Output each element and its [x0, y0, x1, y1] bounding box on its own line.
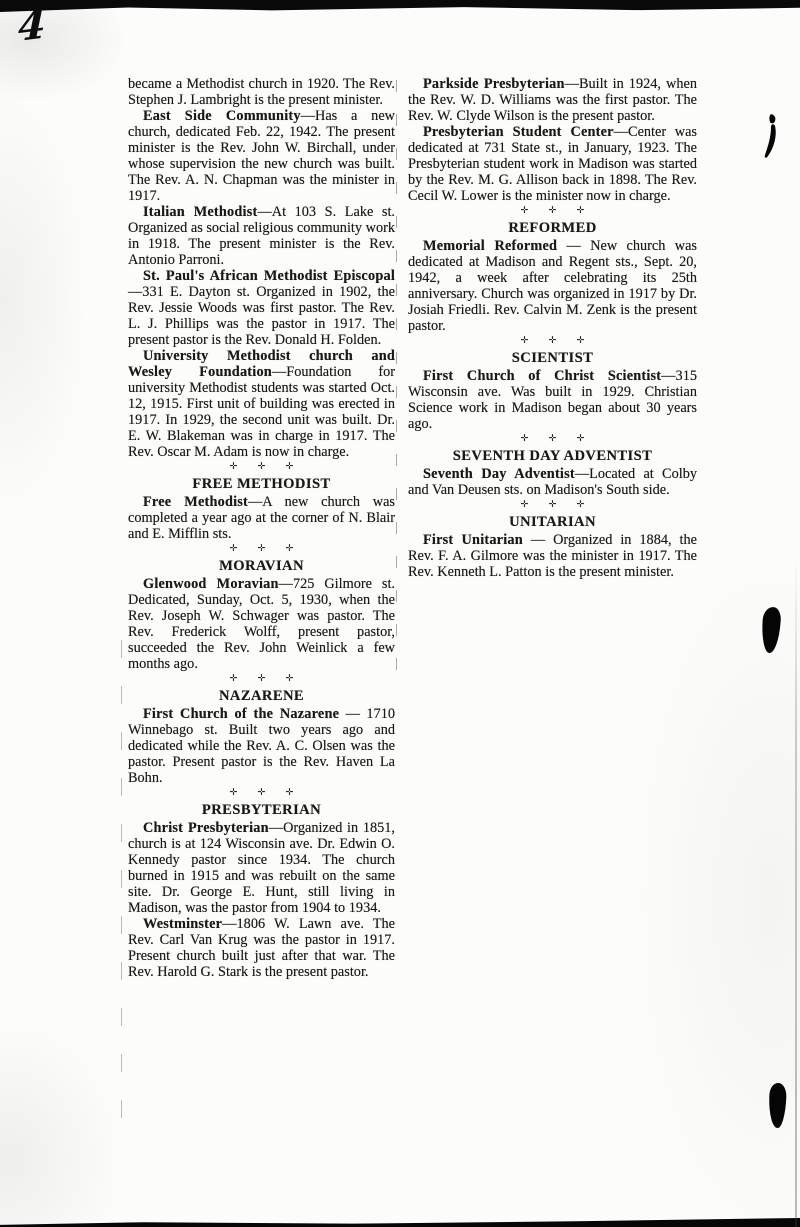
article-paragraph: Glenwood Moravian—725 Gilmore st. Dedica… — [128, 576, 395, 672]
article-paragraph: University Methodist church and Wesley F… — [128, 348, 395, 460]
article-paragraph: Westminster—1806 W. Lawn ave. The Rev. C… — [128, 916, 395, 980]
article-paragraph: First Church of Christ Scientist—315 Wis… — [408, 368, 697, 432]
church-name-lead: East Side Community — [143, 108, 301, 124]
scan-edge-bottom-bar — [0, 1215, 800, 1227]
news-article: became a Methodist church in 1920. The R… — [128, 76, 697, 980]
church-name-lead: First Church of the Nazarene — [143, 706, 339, 722]
article-paragraph: Christ Presbyterian—Organized in 1851, c… — [128, 820, 395, 916]
section-heading: SCIENTIST — [408, 350, 697, 367]
newspaper-clipping-scan: { "page": { "handwritten_mark": "4", "di… — [0, 0, 800, 1227]
section-heading: NAZARENE — [128, 688, 395, 705]
article-column-left: became a Methodist church in 1920. The R… — [128, 76, 395, 980]
church-name-lead: Parkside Presbyterian — [423, 76, 565, 92]
section-heading: MORAVIAN — [128, 558, 395, 575]
article-paragraph: became a Methodist church in 1920. The R… — [128, 76, 395, 108]
article-paragraph: Free Methodist—A new church was complete… — [128, 494, 395, 542]
church-name-lead: First Church of Christ Scientist — [423, 368, 661, 384]
section-divider-ornament: ✛ ✛ ✛ — [128, 542, 395, 555]
section-divider-ornament: ✛ ✛ ✛ — [408, 498, 697, 511]
article-paragraph: Presbyterian Student Center—Center was d… — [408, 124, 697, 204]
church-name-lead: University Methodist church and Wesley F… — [128, 348, 395, 380]
church-name-lead: Memorial Reformed — [423, 238, 557, 254]
article-paragraph: Seventh Day Adventist—Located at Colby a… — [408, 466, 697, 498]
section-divider-ornament: ✛ ✛ ✛ — [408, 334, 697, 347]
church-name-lead: Italian Methodist — [143, 204, 257, 220]
section-heading: UNITARIAN — [408, 514, 697, 531]
section-divider-ornament: ✛ ✛ ✛ — [128, 672, 395, 685]
handwritten-page-number: 4 — [18, 0, 46, 51]
article-paragraph: Memorial Reformed — New church was dedic… — [408, 238, 697, 334]
section-divider-ornament: ✛ ✛ ✛ — [128, 786, 395, 799]
section-divider-ornament: ✛ ✛ ✛ — [408, 432, 697, 445]
article-paragraph: Parkside Presbyterian—Built in 1924, whe… — [408, 76, 697, 124]
section-heading: REFORMED — [408, 220, 697, 237]
scan-edge-top-bar — [0, 0, 800, 13]
scan-edge-right-line — [795, 0, 797, 1227]
section-heading: PRESBYTERIAN — [128, 802, 395, 819]
church-name-lead: Westminster — [143, 916, 222, 932]
section-heading: FREE METHODIST — [128, 476, 395, 493]
ink-smudge-middle — [760, 606, 781, 653]
church-name-lead: Seventh Day Adventist — [423, 466, 575, 482]
article-paragraph: First Church of the Nazarene — 1710 Winn… — [128, 706, 395, 786]
article-paragraph: First Unitarian — Organized in 1884, the… — [408, 532, 697, 580]
section-divider-ornament: ✛ ✛ ✛ — [408, 204, 697, 217]
church-name-lead: Free Methodist — [143, 494, 248, 510]
article-column-right: Parkside Presbyterian—Built in 1924, whe… — [408, 76, 697, 980]
church-name-lead: Glenwood Moravian — [143, 576, 279, 592]
article-paragraph: Italian Methodist—At 103 S. Lake st. Org… — [128, 204, 395, 268]
church-name-lead: Presbyterian Student Center — [423, 124, 614, 140]
ink-smudge-comma-mark — [758, 112, 782, 162]
church-name-lead: St. Paul's African Methodist Episcopal — [143, 268, 395, 284]
column-rule-left — [121, 640, 122, 1120]
section-heading: SEVENTH DAY ADVENTIST — [408, 448, 697, 465]
church-name-lead: Christ Presbyterian — [143, 820, 269, 836]
section-divider-ornament: ✛ ✛ ✛ — [128, 460, 395, 473]
ink-smudge-bottom — [768, 1083, 787, 1129]
article-paragraph: East Side Community—Has a new church, de… — [128, 108, 395, 204]
church-name-lead: First Unitarian — [423, 532, 523, 548]
article-paragraph: St. Paul's African Methodist Episcopal—3… — [128, 268, 395, 348]
